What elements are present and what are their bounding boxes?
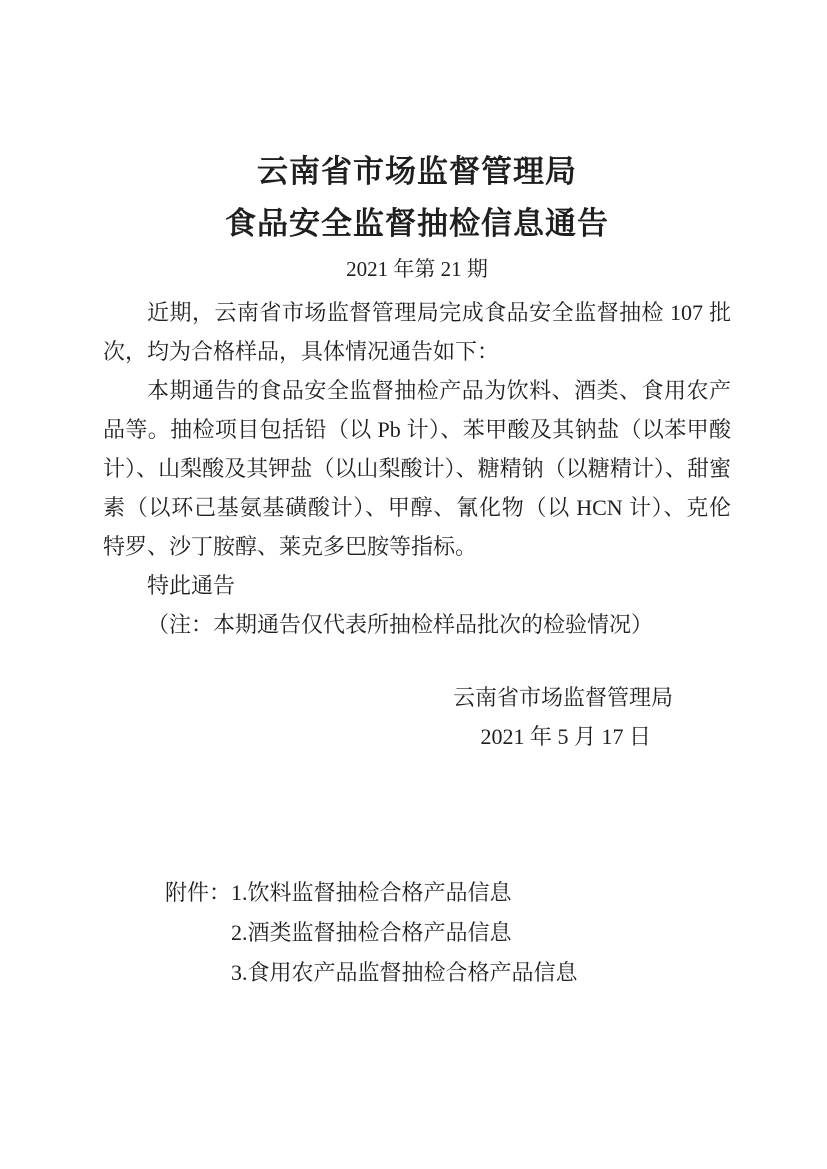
- signature-date: 2021 年 5 月 17 日: [103, 717, 731, 756]
- attachment-item-2: 2.酒类监督抽检合格产品信息: [231, 920, 512, 945]
- document-title-line2: 食品安全监督抽检信息通告: [103, 204, 731, 244]
- document-title-line1: 云南省市场监督管理局: [103, 152, 731, 192]
- attachments-section: 附件：1.饮料监督抽检合格产品信息 2.酒类监督抽检合格产品信息 3.食用农产品…: [103, 873, 731, 993]
- closing-statement: 特此通告: [103, 566, 731, 605]
- attachment-item-3: 3.食用农产品监督抽检合格产品信息: [231, 960, 578, 985]
- attachment-item-1: 1.饮料监督抽检合格产品信息: [231, 880, 512, 905]
- attachment-row-3: 3.食用农产品监督抽检合格产品信息: [165, 953, 731, 993]
- document-content: 云南省市场监督管理局 食品安全监督抽检信息通告 2021 年第 21 期 近期，…: [0, 0, 827, 993]
- document-page: 云南省市场监督管理局 食品安全监督抽检信息通告 2021 年第 21 期 近期，…: [0, 0, 827, 1169]
- attachment-row-1: 附件：1.饮料监督抽检合格产品信息: [165, 873, 731, 913]
- signature-issuer: 云南省市场监督管理局: [103, 678, 731, 717]
- attachment-row-2: 2.酒类监督抽检合格产品信息: [165, 913, 731, 953]
- paragraph-products-and-items: 本期通告的食品安全监督抽检产品为饮料、酒类、食用农产品等。抽检项目包括铅（以 P…: [103, 371, 731, 566]
- note-statement: （注：本期通告仅代表所抽检样品批次的检验情况）: [103, 605, 731, 644]
- attachments-label: 附件：: [165, 880, 231, 905]
- paragraph-summary: 近期，云南省市场监督管理局完成食品安全监督抽检 107 批次，均为合格样品，具体…: [103, 293, 731, 371]
- signature-block: 云南省市场监督管理局 2021 年 5 月 17 日: [103, 678, 731, 756]
- issue-number: 2021 年第 21 期: [103, 254, 731, 284]
